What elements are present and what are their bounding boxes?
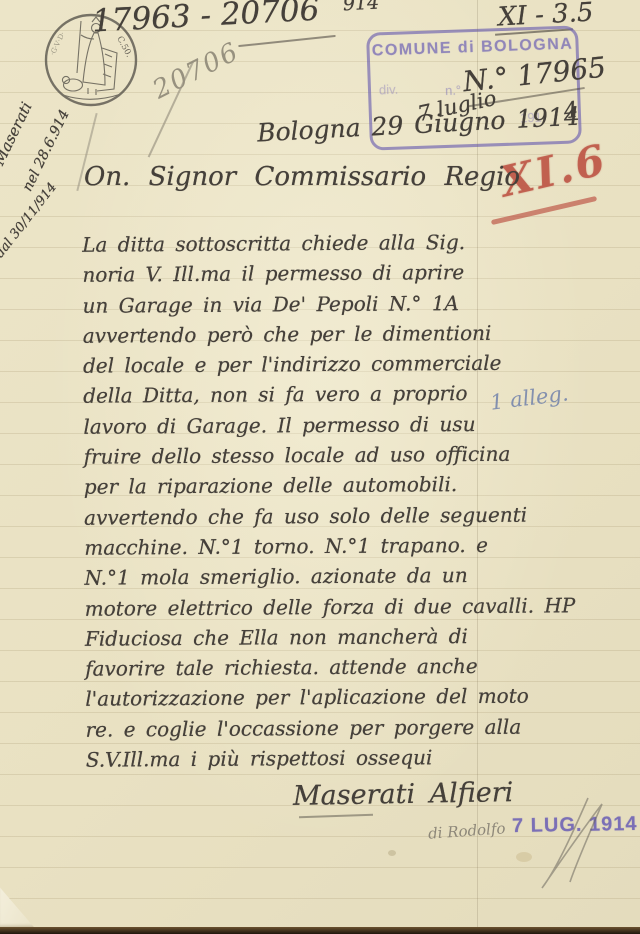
body-line: motore elettrico delle forza di due cava… [85, 593, 576, 627]
body-line: noria V. Ill.ma il permesso di aprire [82, 260, 573, 294]
body-line: per la riparazione delle automobili. [84, 472, 575, 506]
margin-note-name: Maserati [0, 99, 36, 168]
body-line: l'autorizzazione per l'aplicazione del m… [85, 684, 576, 718]
body-line: avvertendo che fa uso solo delle seguent… [84, 502, 575, 536]
protocol-underline-flourish [238, 35, 336, 47]
body-line: un Garage in via De' Pepoli N.° 1A [83, 290, 574, 324]
vertical-crease [477, 0, 478, 934]
body-line: avvertendo però che per le dimentioni [83, 320, 574, 354]
body-line: fruire dello stesso locale ad uso offici… [84, 441, 575, 475]
fox-spot [388, 850, 396, 856]
salutation: On. Signor Commissario Regio [84, 162, 520, 192]
body-line: macchine. N.°1 torno. N.°1 trapano. e [84, 532, 575, 566]
letter-body: La ditta sottoscritta chiede alla Sig. n… [82, 229, 576, 778]
pencil-number: 20706 [148, 37, 244, 106]
signature-underline [299, 814, 373, 819]
scan-bottom-edge [0, 927, 640, 934]
body-line: Fiduciosa che Ella non mancherà di [85, 623, 576, 657]
pencil-attribution: di Rodolfo [427, 819, 506, 842]
body-line: lavoro di Garage. Il permesso di usu [83, 411, 574, 445]
body-line: della Ditta, non si fa vero a proprio [83, 381, 574, 415]
letter-page: C.50. ·G·V·D· 17963 - 20706 914 XI - 3.5… [0, 0, 640, 934]
stamp-faint-division: div. [379, 82, 399, 98]
fox-spot [516, 852, 532, 862]
svg-text:·G·V·D·: ·G·V·D· [49, 31, 67, 57]
body-line: La ditta sottoscritta chiede alla Sig. [82, 229, 573, 263]
body-line: del locale e per l'indirizzo commerciale [83, 350, 574, 384]
protocol-suffix: 914 [342, 0, 379, 15]
body-line: favorire tale richiesta. attende anche [85, 653, 576, 687]
body-line: re. e coglie l'occassione per porgere al… [85, 714, 576, 748]
signature: Maserati Alfieri [293, 777, 514, 812]
protocol-number-ink: 17963 - 20706 914 [91, 0, 380, 39]
body-line: N.°1 mola smeriglio. azionate da un [84, 563, 575, 597]
dog-ear-fold [0, 884, 56, 928]
body-line: S.V.Ill.ma i più rispettosi ossequi [86, 744, 577, 778]
ink-paraph-flourish [510, 790, 620, 895]
